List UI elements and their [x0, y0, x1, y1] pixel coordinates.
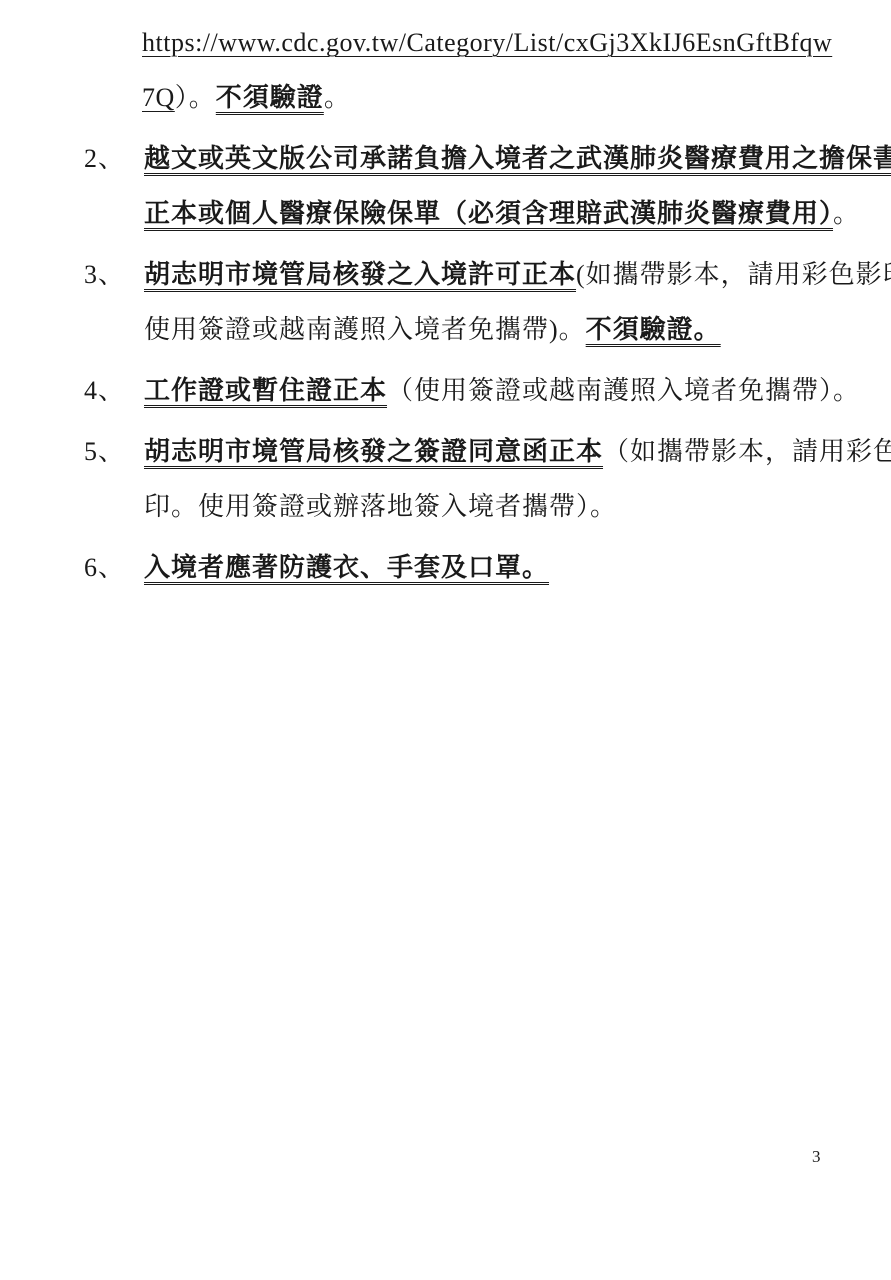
emphasis-run: 入境者應著防護衣、手套及口罩。	[144, 553, 549, 582]
item-4-line-1: 工作證或暫住證正本（使用簽證或越南護照入境者免攜帶）。	[144, 363, 860, 418]
page-content: https://www.cdc.gov.tw/Category/List/cxG…	[0, 0, 891, 595]
item-3-body: 胡志明市境管局核發之入境許可正本(如攜帶影本，請用彩色影印。 使用簽證或越南護照…	[144, 247, 891, 357]
item-1-continuation: https://www.cdc.gov.tw/Category/List/cxG…	[142, 15, 891, 125]
item-5-number: 5、	[84, 424, 144, 534]
item-6-line-1: 入境者應著防護衣、手套及口罩。	[144, 540, 549, 595]
text-run: （使用簽證或越南護照入境者免攜帶）。	[387, 376, 860, 405]
page-number: 3	[812, 1146, 821, 1168]
item-3-line-2: 使用簽證或越南護照入境者免攜帶)。不須驗證。	[144, 302, 891, 357]
item-2-line-2: 正本或個人醫療保險保單（必須含理賠武漢肺炎醫療費用）。	[144, 186, 891, 241]
text-run: （如攜帶影本，請用彩色影	[603, 437, 891, 466]
emphasis-run: 胡志明市境管局核發之入境許可正本	[144, 260, 576, 289]
url-line-1: https://www.cdc.gov.tw/Category/List/cxG…	[142, 15, 891, 70]
no-verification-emphasis: 不須驗證。	[586, 315, 721, 344]
emphasis-run: 工作證或暫住證正本	[144, 376, 387, 405]
item-6-number: 6、	[84, 540, 144, 595]
item-4-body: 工作證或暫住證正本（使用簽證或越南護照入境者免攜帶）。	[144, 363, 860, 418]
emphasis-run: 正本或個人醫療保險保單（必須含理賠武漢肺炎醫療費用）	[144, 199, 833, 228]
item-5-line-1: 胡志明市境管局核發之簽證同意函正本（如攜帶影本，請用彩色影	[144, 424, 891, 479]
item-5-body: 胡志明市境管局核發之簽證同意函正本（如攜帶影本，請用彩色影 印。使用簽證或辦落地…	[144, 424, 891, 534]
item-2-number: 2、	[84, 131, 144, 241]
item-6-body: 入境者應著防護衣、手套及口罩。	[144, 540, 549, 595]
emphasis-run: 越文或英文版公司承諾負擔入境者之武漢肺炎醫療費用之擔保書	[144, 144, 891, 173]
item-4-number: 4、	[84, 363, 144, 418]
item-5-line-2: 印。使用簽證或辦落地簽入境者攜帶）。	[144, 479, 891, 534]
item-3-number: 3、	[84, 247, 144, 357]
emphasis-run: 胡志明市境管局核發之簽證同意函正本	[144, 437, 603, 466]
cdc-url-link-wrap[interactable]: 7Q	[142, 83, 175, 112]
list-item-3: 3、 胡志明市境管局核發之入境許可正本(如攜帶影本，請用彩色影印。 使用簽證或越…	[84, 247, 891, 357]
document-page: https://www.cdc.gov.tw/Category/List/cxG…	[0, 0, 891, 1280]
list-item-6: 6、 入境者應著防護衣、手套及口罩。	[84, 540, 891, 595]
item-3-line-1: 胡志明市境管局核發之入境許可正本(如攜帶影本，請用彩色影印。	[144, 247, 891, 302]
list-item-2: 2、 越文或英文版公司承諾負擔入境者之武漢肺炎醫療費用之擔保書 正本或個人醫療保…	[84, 131, 891, 241]
item-2-body: 越文或英文版公司承諾負擔入境者之武漢肺炎醫療費用之擔保書 正本或個人醫療保險保單…	[144, 131, 891, 241]
text-run: 印。使用簽證或辦落地簽入境者攜帶）。	[144, 492, 617, 521]
no-verification-emphasis: 不須驗證	[216, 83, 324, 112]
url-line-2: 7Q）。不須驗證。	[142, 70, 891, 125]
text-run: 。	[324, 83, 351, 112]
text-run: (如攜帶影本，請用彩色影印。	[576, 260, 891, 289]
text-run: 。	[833, 199, 860, 228]
item-2-line-1: 越文或英文版公司承諾負擔入境者之武漢肺炎醫療費用之擔保書	[144, 131, 891, 186]
list-item-5: 5、 胡志明市境管局核發之簽證同意函正本（如攜帶影本，請用彩色影 印。使用簽證或…	[84, 424, 891, 534]
list-item-4: 4、 工作證或暫住證正本（使用簽證或越南護照入境者免攜帶）。	[84, 363, 891, 418]
cdc-url-link[interactable]: https://www.cdc.gov.tw/Category/List/cxG…	[142, 28, 832, 57]
text-run: ）。	[175, 83, 216, 112]
text-run: 使用簽證或越南護照入境者免攜帶)。	[144, 315, 586, 344]
